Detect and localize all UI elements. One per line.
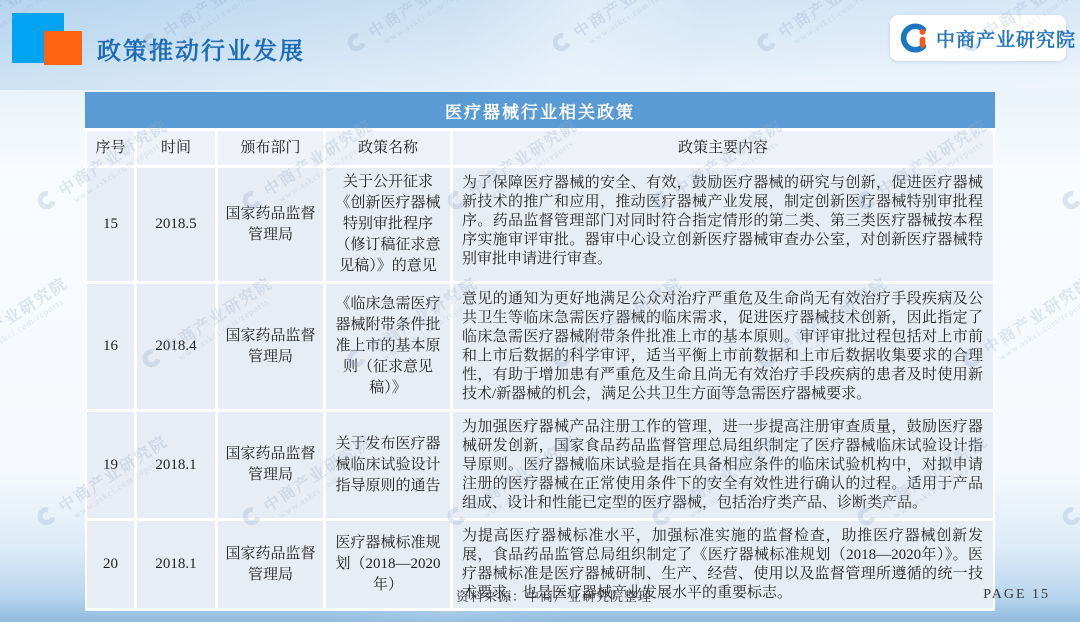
cell-content: 意见的通知为更好地满足公众对治疗严重危及生命尚无有效治疗手段疾病及公共卫生等临床… [453, 284, 993, 409]
cell-dept: 国家药品监督管理局 [218, 284, 323, 409]
cell-content: 为加强医疗器械产品注册工作的管理，进一步提高注册审查质量，鼓励医疗器械研发创新，… [453, 412, 993, 518]
watermark-text: 中商产业研究院 [0, 275, 71, 358]
watermark-tile: 中商产业研究院www.askci.com/reports [0, 273, 77, 380]
page-number: PAGE 15 [983, 587, 1050, 603]
cell-name: 关于发布医疗器械临床试验设计指导原则的通告 [326, 412, 450, 518]
cell-dept: 国家药品监督管理局 [218, 168, 323, 281]
source-note: 资料来源：中商产业研究院整理 [456, 586, 652, 605]
policy-table-panel: 医疗器械行业相关政策 序号 时间 颁布部门 政策名称 政策主要内容 15 201… [85, 92, 995, 611]
watermark-tile: 中商产业研究院www.askci.com/reports [1059, 431, 1080, 538]
cell-content: 为了保障医疗器械的安全、有效，鼓励医疗器械的研究与创新，促进医疗器械新技术的推广… [453, 168, 993, 281]
watermark-logo-icon [1059, 188, 1080, 213]
page-title: 政策推动行业发展 [97, 31, 305, 66]
cell-date: 2018.1 [137, 521, 215, 608]
cell-no: 15 [87, 168, 134, 281]
cell-dept: 国家药品监督管理局 [218, 412, 323, 518]
watermark-url-text: www.askci.com/reports [0, 290, 77, 363]
cell-date: 2018.5 [137, 168, 215, 281]
cell-name: 医疗器械标准规划（2018—2020年） [326, 521, 450, 608]
company-logo-icon [900, 23, 930, 53]
company-logo-text: 中商产业研究院 [936, 25, 1076, 52]
company-logo: 中商产业研究院 [890, 15, 1066, 61]
column-header-date: 时间 [137, 131, 215, 165]
cell-no: 20 [87, 521, 134, 608]
column-header-content: 政策主要内容 [453, 131, 993, 165]
cell-date: 2018.1 [137, 412, 215, 518]
watermark-url-text: www.askci.com/reports [997, 290, 1080, 363]
column-header-no: 序号 [87, 131, 134, 165]
watermark-tile: 中商产业研究院www.askci.com/reports [1059, 115, 1080, 222]
cell-dept: 国家药品监督管理局 [218, 521, 323, 608]
cell-name: 关于公开征求《创新医疗器械特别审批程序（修订稿征求意见稿）》的意见 [326, 168, 450, 281]
cell-name: 《临床急需医疗器械附带条件批准上市的基本原则（征求意见稿）》 [326, 284, 450, 409]
cell-date: 2018.4 [137, 284, 215, 409]
slide: 中商产业研究院www.askci.com/reports中商产业研究院www.a… [0, 0, 1080, 622]
watermark-logo-icon [34, 188, 59, 213]
cell-no: 16 [87, 284, 134, 409]
slide-header: 政策推动行业发展 中商产业研究院 [0, 0, 1080, 92]
watermark-text: 中商产业研究院 [981, 275, 1080, 358]
policy-table: 序号 时间 颁布部门 政策名称 政策主要内容 15 2018.5 国家药品监督管… [87, 131, 993, 608]
column-header-dept: 颁布部门 [218, 131, 323, 165]
column-header-name: 政策名称 [326, 131, 450, 165]
watermark-logo-icon [1059, 504, 1080, 529]
cell-no: 19 [87, 412, 134, 518]
orange-square-decoration [44, 31, 82, 65]
watermark-logo-icon [34, 504, 59, 529]
table-title: 医疗器械行业相关政策 [85, 92, 995, 128]
